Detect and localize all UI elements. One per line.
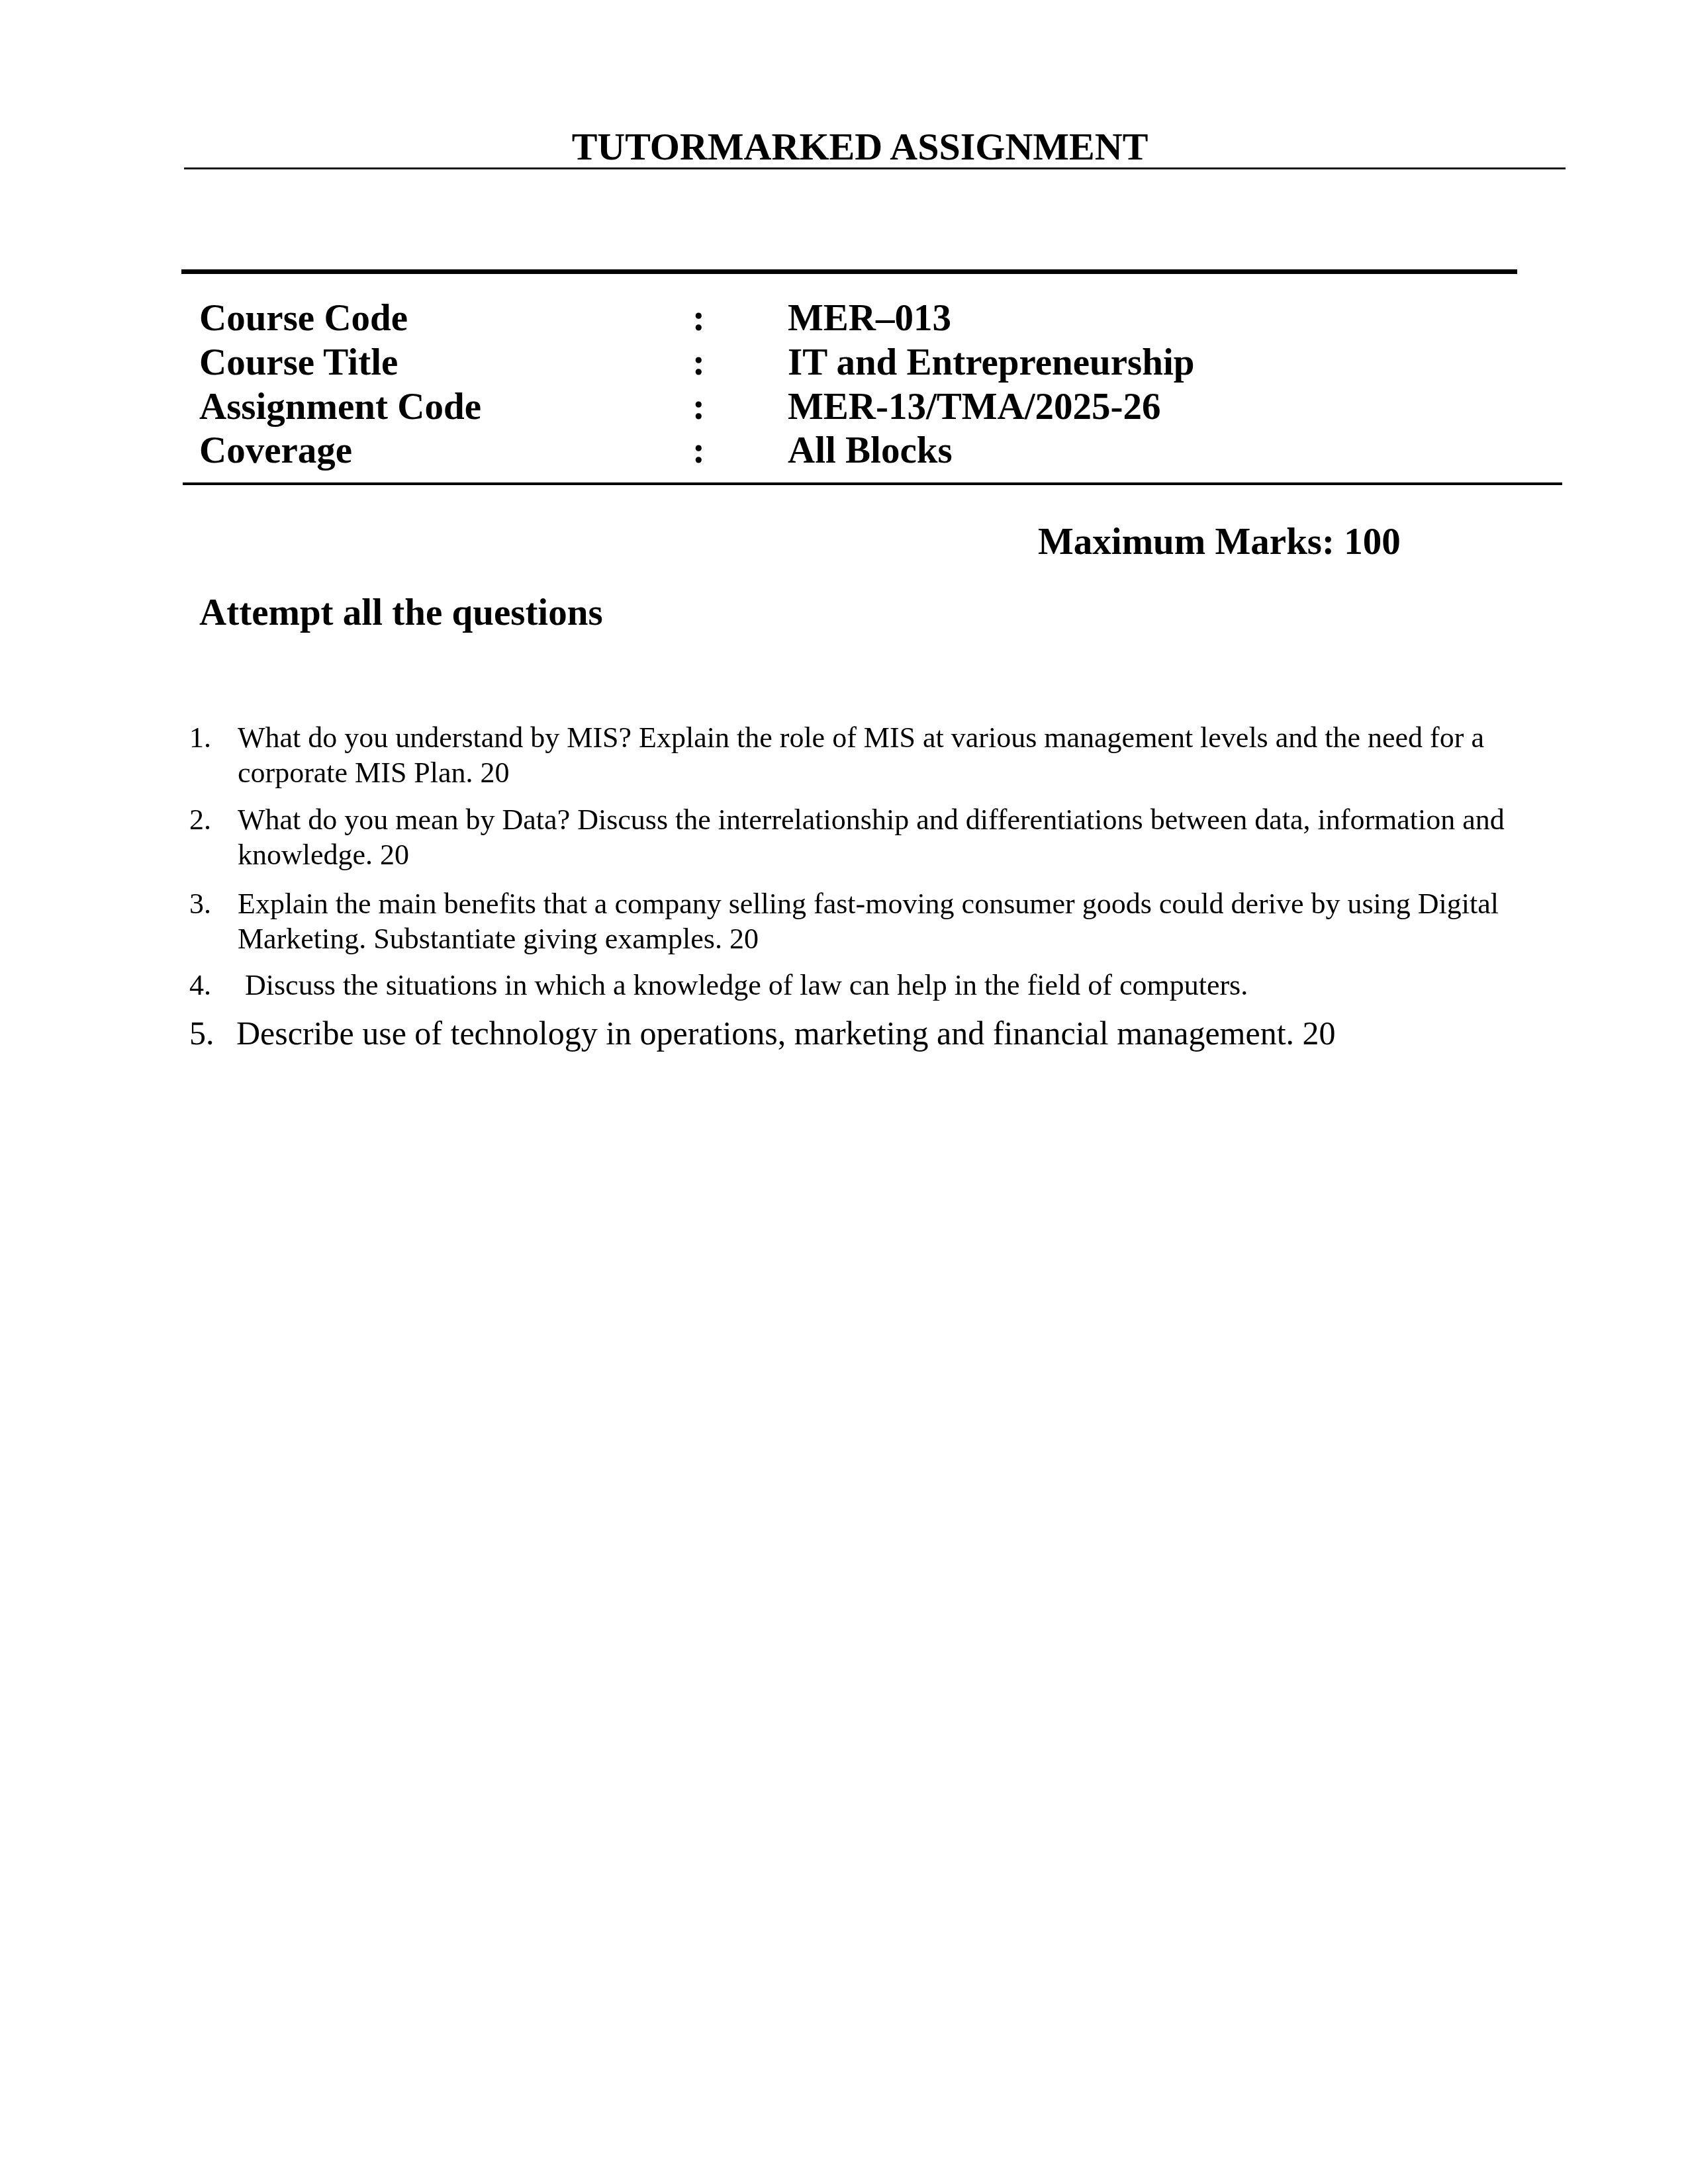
meta-label: Course Code [199,299,408,337]
meta-label: Assignment Code [199,388,481,426]
meta-value: All Blocks [788,432,953,469]
meta-separator: : [692,388,705,426]
question-text: What do you mean by Data? Discuss the in… [238,802,1519,872]
maximum-marks: Maximum Marks: 100 [1038,523,1401,561]
document-title: TUTORMARKED ASSIGNMENT [0,128,1688,166]
meta-row-course-title: Course Title : IT and Entrepreneurship [0,343,1688,383]
header-table-bottom-rule [183,482,1562,485]
meta-separator: : [692,432,705,469]
title-underline [184,167,1566,169]
header-table-top-rule [181,269,1517,274]
meta-value: MER–013 [788,299,951,337]
meta-value: IT and Entrepreneurship [788,343,1195,381]
meta-row-coverage: Coverage : All Blocks [0,432,1688,471]
question-text: Explain the main benefits that a company… [238,886,1519,956]
question-text: Discuss the situations in which a knowle… [238,968,1519,1003]
meta-separator: : [692,343,705,381]
meta-row-course-code: Course Code : MER–013 [0,299,1688,339]
meta-row-assignment-code: Assignment Code : MER-13/TMA/2025-26 [0,388,1688,428]
meta-label: Course Title [199,343,398,381]
question-number: 2. [189,802,211,837]
meta-value: MER-13/TMA/2025-26 [788,388,1161,426]
question-text: Describe use of technology in operations… [236,1013,1560,1053]
question-text: What do you understand by MIS? Explain t… [238,720,1519,790]
question-number: 5. [189,1013,214,1053]
question-number: 3. [189,886,211,921]
question-number: 1. [189,720,211,755]
meta-separator: : [692,299,705,337]
meta-label: Coverage [199,432,352,469]
instruction-heading: Attempt all the questions [199,594,603,631]
question-number: 4. [189,968,211,1003]
